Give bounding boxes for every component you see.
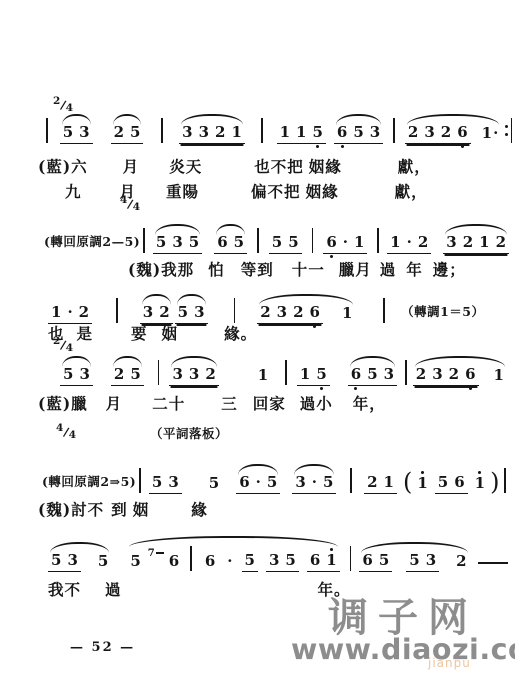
- note-group: 332: [169, 366, 218, 386]
- high-octave-dot: [330, 548, 333, 551]
- beam-group: 3·5: [292, 474, 336, 494]
- note: 1: [48, 304, 64, 321]
- note: 3: [140, 304, 156, 321]
- note: 2: [76, 304, 92, 321]
- note: 3: [443, 234, 459, 251]
- barline: [234, 298, 236, 323]
- note: ·: [340, 234, 351, 251]
- note: 5: [127, 553, 143, 570]
- beam-group: 56: [435, 474, 468, 494]
- beam-group: 21: [364, 474, 397, 494]
- note-group: 1·2: [387, 234, 431, 254]
- lyric-syllable: 到: [111, 498, 128, 520]
- note: ·: [404, 234, 415, 251]
- sheet-music-page: — 52 — 调子网 www.diaozi.com jianpu 2/45325…: [0, 0, 515, 690]
- note: 3: [292, 474, 308, 491]
- note: 1: [297, 366, 313, 383]
- note: 3: [367, 124, 383, 141]
- note: 1: [323, 552, 339, 569]
- note: 6: [451, 474, 467, 491]
- barline: [312, 228, 314, 253]
- note: 5: [186, 234, 202, 251]
- beam-group: 6·1: [323, 234, 367, 254]
- note: 2: [156, 304, 172, 321]
- note: 2: [453, 553, 469, 570]
- lyric-syllable: 過小: [300, 392, 333, 414]
- note: 1: [381, 474, 397, 491]
- watermark-overlay-text: jianpu: [428, 656, 471, 670]
- note: 1: [472, 475, 488, 492]
- music-line: 1·2325323261（轉調1＝5）: [48, 290, 485, 324]
- barline: [377, 228, 379, 253]
- lyric-syllable: 邊；: [433, 258, 466, 280]
- music-line: 5325332111565323261·: [46, 110, 515, 144]
- lyric-syllable: 月: [106, 392, 123, 414]
- note-group: 115: [277, 124, 326, 144]
- note-group: 21: [364, 474, 397, 494]
- note: 5: [242, 552, 258, 569]
- barline: [257, 228, 259, 253]
- note: 3: [169, 234, 185, 251]
- beam-group: 1: [339, 305, 355, 324]
- beam-group: 6: [166, 553, 182, 572]
- lyric-syllable: 姻緣: [309, 155, 342, 177]
- low-octave-dot: [469, 387, 472, 390]
- grace-note: 7: [148, 548, 164, 559]
- note-group: 32: [140, 304, 173, 324]
- barline: [383, 298, 385, 323]
- note: 5: [309, 124, 325, 141]
- low-octave-dot: [320, 387, 323, 390]
- lyric-syllable: (藍)臘: [38, 392, 88, 414]
- time-signature: 4/4: [56, 424, 76, 440]
- note: 3: [186, 366, 202, 383]
- note: 3: [76, 124, 92, 141]
- beam-group: 1·2: [387, 234, 431, 254]
- lyric-syllable: 也不把: [254, 155, 304, 177]
- beam-group: 53: [175, 304, 208, 324]
- lyric-syllable: 緣: [191, 498, 208, 520]
- note: 6: [334, 124, 350, 141]
- lyric-syllable: 年。: [318, 578, 351, 600]
- note: 3: [196, 124, 212, 141]
- low-octave-dot: [316, 145, 319, 148]
- beam-group: 2: [453, 553, 469, 572]
- note: 2: [290, 304, 306, 321]
- note: 3: [169, 366, 185, 383]
- beam-group: 2326: [413, 366, 479, 386]
- note-group: 3212: [443, 234, 509, 254]
- lyric-syllable: 年，: [353, 392, 386, 414]
- note: 2: [438, 124, 454, 141]
- note: 5: [264, 474, 280, 491]
- beam-group: 115: [277, 124, 326, 144]
- note: 2: [364, 474, 380, 491]
- note-group: 23261: [413, 366, 507, 386]
- note: 6: [359, 552, 375, 569]
- barline: [285, 360, 287, 385]
- beam-group: 35: [266, 552, 299, 572]
- note-group: 23261: [257, 304, 355, 324]
- beam-group: 1·: [479, 125, 502, 144]
- note: 2: [446, 366, 462, 383]
- lyric-syllable: 回家: [253, 392, 286, 414]
- note: 5: [282, 552, 298, 569]
- beam-group: 6: [202, 553, 218, 572]
- note: 1: [228, 124, 244, 141]
- beam-group: 53: [48, 552, 81, 572]
- note: 2: [405, 124, 421, 141]
- note: ·: [309, 474, 320, 491]
- section-annotation: （平詞落板）: [150, 424, 228, 446]
- note-group: 53: [149, 474, 182, 494]
- low-octave-dot: [313, 325, 316, 328]
- note: 2: [202, 366, 218, 383]
- note: 6: [307, 304, 323, 321]
- note: 5: [406, 552, 422, 569]
- beam-group: 653: [334, 124, 383, 144]
- lyric-syllable: 獻，: [398, 155, 431, 177]
- lyric-syllable: 等到: [241, 258, 274, 280]
- note-group: 1561: [414, 474, 488, 494]
- lyric-syllable: 獻，: [395, 180, 428, 202]
- lyric-syllable: 是: [77, 322, 94, 344]
- note: 6: [323, 234, 339, 251]
- lyric-syllable: 姻: [162, 322, 179, 344]
- note: 1: [491, 367, 507, 384]
- lyric-syllable: 怕: [208, 258, 225, 280]
- key-annotation: (轉回原調2—5): [44, 232, 140, 254]
- note: 3: [76, 366, 92, 383]
- beam-group: 53: [60, 124, 93, 144]
- lyric-syllable: 要: [131, 322, 148, 344]
- note: 1: [414, 475, 430, 492]
- note: 3: [274, 304, 290, 321]
- beam-group: 1: [237, 367, 271, 386]
- key-annotation: (轉回原調2⇒5): [42, 472, 136, 494]
- note: 3: [429, 366, 445, 383]
- barline: [350, 546, 352, 571]
- beam-group: 332: [169, 366, 218, 386]
- note: 3: [165, 474, 181, 491]
- note: 5: [60, 124, 76, 141]
- note-group: 53: [175, 304, 208, 324]
- music-line: (轉回原調2—5)53565556·11·232123·2: [44, 220, 515, 254]
- note: 2: [111, 366, 127, 383]
- lyric-syllable: (魏)我那: [128, 258, 194, 280]
- lyric-syllable: 二十: [152, 392, 185, 414]
- note: 3: [381, 366, 397, 383]
- note: 6: [454, 124, 470, 141]
- duration-dash: [478, 562, 508, 564]
- note: 5: [313, 366, 329, 383]
- note-group: 65532: [359, 552, 469, 572]
- music-line: 5355766·5356165532: [48, 538, 515, 572]
- beam-group: 53: [149, 474, 182, 494]
- lyric-syllable: 九: [65, 180, 82, 202]
- paren: (: [403, 472, 412, 494]
- beam-group: 25: [111, 366, 144, 386]
- beam-group: 65: [214, 234, 247, 254]
- beam-group: 15: [297, 366, 330, 386]
- beam-group: 1: [414, 475, 430, 494]
- paren: ): [490, 472, 499, 494]
- lyric-syllable: 三: [221, 392, 238, 414]
- lyric-syllable: 年: [406, 258, 423, 280]
- beam-group: 1·2: [48, 304, 92, 324]
- high-octave-dot: [478, 471, 481, 474]
- lyric-syllable: 姻緣: [306, 180, 339, 202]
- barline: [504, 468, 506, 493]
- lyric-syllable: 重陽: [166, 180, 199, 202]
- note: 3: [179, 124, 195, 141]
- barline: [143, 228, 145, 253]
- note: 1: [351, 234, 367, 251]
- key-annotation: （轉調1＝5）: [401, 302, 484, 324]
- note: 3: [191, 304, 207, 321]
- watermark-site-url: www.diaozi.com: [291, 633, 515, 666]
- page-number: — 52 —: [70, 640, 135, 655]
- note: 5: [376, 552, 392, 569]
- note: 5: [269, 234, 285, 251]
- beam-group: 5: [127, 553, 143, 572]
- lyric-syllable: 月: [123, 155, 140, 177]
- barline: [158, 360, 160, 385]
- beam-group: 3212: [443, 234, 509, 254]
- lyric-syllable: 過: [105, 578, 122, 600]
- note-group: 5766·53561: [127, 546, 339, 572]
- low-octave-dot: [341, 145, 344, 148]
- note: 3: [421, 124, 437, 141]
- note: 1·: [479, 125, 502, 142]
- lyric-syllable: 偏不把: [251, 180, 301, 202]
- note: 5: [231, 234, 247, 251]
- beam-group: 2326: [257, 304, 323, 324]
- lyric-syllable: 姻: [133, 498, 150, 520]
- note: 5: [435, 474, 451, 491]
- barline: [161, 118, 163, 143]
- note: 1: [476, 234, 492, 251]
- beam-group: 535: [153, 234, 202, 254]
- note: 5: [48, 552, 64, 569]
- beam-group: 653: [348, 366, 397, 386]
- low-octave-dot: [354, 387, 357, 390]
- lyric-syllable: 過: [380, 258, 397, 280]
- low-octave-dot: [461, 145, 464, 148]
- note: 5: [350, 124, 366, 141]
- note: 6: [348, 366, 364, 383]
- note: 1: [255, 367, 271, 384]
- note-group: 3·5: [292, 474, 336, 494]
- lyric-syllable: 我不: [48, 578, 81, 600]
- beam-group: 53: [406, 552, 439, 572]
- lyric-syllable: 緣。: [224, 322, 257, 344]
- barline: [116, 298, 118, 323]
- note: ·: [64, 304, 75, 321]
- note: 5: [127, 124, 143, 141]
- note: ·: [224, 553, 235, 570]
- note: 2: [415, 234, 431, 251]
- note: 5: [285, 234, 301, 251]
- barline: [190, 546, 192, 571]
- high-octave-dot: [421, 471, 424, 474]
- note-group: 25: [111, 366, 144, 386]
- beam-group: 53: [60, 366, 93, 386]
- beam-group: 6·5: [236, 474, 280, 494]
- note: 1: [293, 124, 309, 141]
- note: 1: [387, 234, 403, 251]
- note: ·: [253, 474, 264, 491]
- note: 3: [423, 552, 439, 569]
- note: 2: [111, 124, 127, 141]
- lyrics-line: 也是要姻緣。: [48, 322, 257, 344]
- beam-group: 3321: [179, 124, 245, 144]
- note: 2: [460, 234, 476, 251]
- beam-group: 61: [307, 552, 340, 572]
- note: 6: [236, 474, 252, 491]
- note-group: 5: [194, 475, 222, 494]
- note: 6: [166, 553, 182, 570]
- note: 5: [127, 366, 143, 383]
- beam-group: 65: [359, 552, 392, 572]
- note: 2: [257, 304, 273, 321]
- repeat-barline: [505, 118, 515, 143]
- barline: [261, 118, 263, 143]
- lyric-syllable: 十一: [292, 258, 325, 280]
- note: 5: [95, 553, 111, 570]
- beam-group: ·: [224, 553, 235, 572]
- barline: [405, 360, 407, 385]
- note: 5: [175, 304, 191, 321]
- note: 5: [149, 474, 165, 491]
- note-group: 23261·: [405, 124, 501, 144]
- beam-group: 25: [111, 124, 144, 144]
- note: 1: [277, 124, 293, 141]
- note: 6: [307, 552, 323, 569]
- time-signature: 4/4: [120, 196, 140, 212]
- note-group: 15: [297, 366, 330, 386]
- repeat-dots: [505, 118, 508, 143]
- beam-group: 1: [472, 475, 488, 494]
- note: 5: [364, 366, 380, 383]
- lyric-syllable: 臘月: [339, 258, 372, 280]
- note: 6: [214, 234, 230, 251]
- note-group: 53: [60, 124, 93, 144]
- lyric-syllable: (魏)討不: [38, 498, 104, 520]
- beam-group: 5: [242, 552, 258, 572]
- note-group: 653: [348, 366, 397, 386]
- lyrics-line: (魏)討不到姻緣: [38, 498, 208, 520]
- lyrics-line: (藍)臘月二十三回家過小年，: [38, 392, 386, 414]
- note: 5: [206, 475, 222, 492]
- note: 5: [320, 474, 336, 491]
- note: 1: [339, 305, 355, 322]
- note-group: 65: [214, 234, 247, 254]
- music-line: 532533211565323261: [60, 352, 515, 386]
- beam-group: 2326: [405, 124, 471, 144]
- note-group: 535: [48, 552, 111, 572]
- beam-group: 1: [491, 367, 507, 386]
- lyric-syllable: 炎天: [169, 155, 202, 177]
- note-group: 535: [153, 234, 202, 254]
- beam-group: 32: [140, 304, 173, 324]
- music-line: (轉回原調2⇒5)5356·53·521(1561): [42, 460, 506, 494]
- note-group: 1: [237, 367, 271, 386]
- note-group: 653: [334, 124, 383, 144]
- lyrics-line: (藍)六月炎天也不把姻緣獻，: [38, 155, 431, 177]
- note: 2: [493, 234, 509, 251]
- note: 6: [202, 553, 218, 570]
- note-group: 53: [60, 366, 93, 386]
- note: 3: [64, 552, 80, 569]
- beam-group: 55: [269, 234, 302, 254]
- beam-group: 5: [95, 553, 111, 572]
- barline: [350, 468, 352, 493]
- note-group: 3321: [179, 124, 245, 144]
- time-signature: 2/4: [53, 337, 73, 353]
- beam-group: 5: [194, 475, 222, 494]
- barline: [139, 468, 141, 493]
- note: 5: [60, 366, 76, 383]
- note: 3: [266, 552, 282, 569]
- note-group: 6·5: [236, 474, 280, 494]
- note-group: 6·1: [323, 234, 367, 254]
- note-group: 1·2: [48, 304, 92, 324]
- barline: [46, 118, 48, 143]
- augmentation-dot: ·: [493, 124, 498, 142]
- note: 5: [153, 234, 169, 251]
- barline: [393, 118, 395, 143]
- note: 2: [413, 366, 429, 383]
- note: 6: [462, 366, 478, 383]
- note-group: 55: [269, 234, 302, 254]
- lyrics-line: (魏)我那怕等到十一臘月過年邊；: [128, 258, 466, 280]
- note-group: 25: [111, 124, 144, 144]
- lyric-syllable: (藍)六: [38, 155, 88, 177]
- lyrics-line: 我不過年。: [48, 578, 351, 600]
- note: 2: [212, 124, 228, 141]
